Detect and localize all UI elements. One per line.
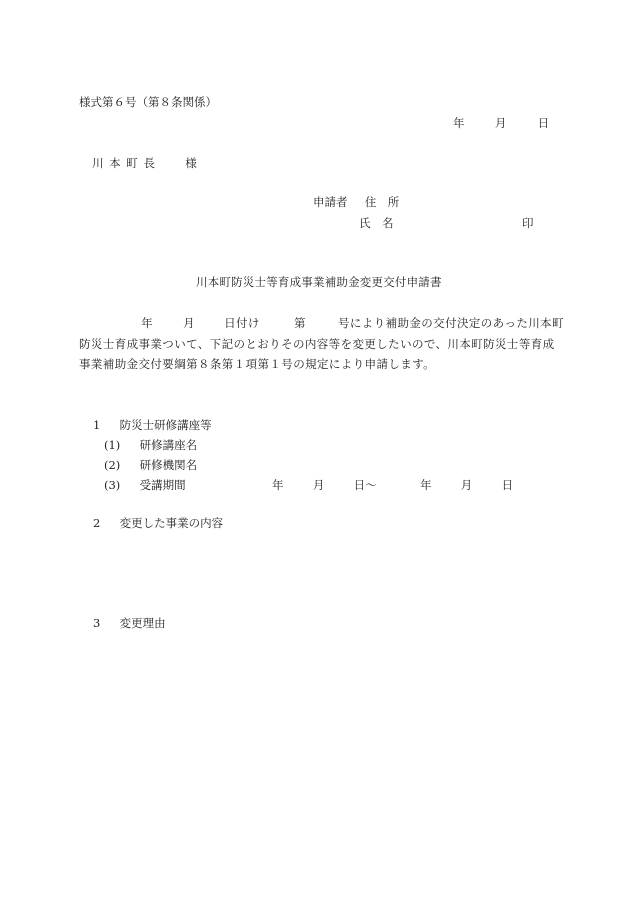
period-end-year: 年 [420,478,432,492]
date-line: 年 月 日 [453,118,549,130]
date-month-label: 月 [495,116,507,130]
attendance-period: 年 月 日～ 年 月 日 [272,480,513,492]
date-year-label: 年 [453,116,465,130]
body-year-label: 年 [141,316,153,330]
body-line-1-rest: 号により補助金の交付決定のあった川本町 [338,316,564,330]
section-3-heading: 3 変更理由 [93,618,166,630]
section-1-item-3: (3) 受講期間 [104,480,186,492]
section-1-number: 1 [93,418,100,432]
body-line-3: 事業補助金交付要綱第８条第１項第１号の規定により申請します。 [79,359,435,371]
body-day-dated-label: 日付け [224,316,260,330]
seal-mark: 印 [522,218,534,230]
applicant-label: 申請者 [313,195,348,209]
period-start-year: 年 [272,478,284,492]
section-2-label: 変更した事業の内容 [120,516,224,530]
item-2-number: (2) [104,458,120,472]
document-title: 川本町防災士等育成事業補助金変更交付申請書 [196,277,442,289]
period-start-day: 日～ [354,478,377,492]
section-3-number: 3 [93,616,100,630]
item-3-number: (3) [104,478,120,492]
body-number-prefix: 第 [294,316,306,330]
section-1-label: 防災士研修講座等 [120,418,212,432]
addressee-honorific: 様 [185,156,197,170]
body-line-1: 年 月 日付け 第 号により補助金の交付決定のあった川本町 [79,318,564,330]
date-day-label: 日 [538,116,550,130]
item-1-number: (1) [104,438,120,452]
section-1-item-2: (2) 研修機関名 [104,460,197,472]
section-1-heading: 1 防災士研修講座等 [93,420,212,432]
form-number: 様式第６号（第８条関係） [79,97,217,109]
section-3-label: 変更理由 [120,616,166,630]
body-line-2: 防災士育成事業ついて、下記のとおりその内容等を変更したいので、川本町防災士等育成 [79,339,555,351]
period-end-month: 月 [461,478,473,492]
name-label: 氏 名 [359,216,394,230]
addressee-name: 川 本 町 長 [92,156,156,170]
section-2-heading: 2 変更した事業の内容 [93,518,223,530]
applicant-address-row: 申請者 住 所 [313,197,399,209]
section-2-number: 2 [93,516,100,530]
section-1-item-1: (1) 研修講座名 [104,440,197,452]
addressee: 川 本 町 長 様 [92,158,197,170]
item-3-label: 受講期間 [140,478,186,492]
period-start-month: 月 [313,478,325,492]
item-1-label: 研修講座名 [140,438,198,452]
address-label: 住 所 [365,195,400,209]
period-end-day: 日 [502,478,514,492]
body-month-label: 月 [183,316,195,330]
applicant-name-row: 氏 名 [359,218,394,230]
item-2-label: 研修機関名 [140,458,198,472]
